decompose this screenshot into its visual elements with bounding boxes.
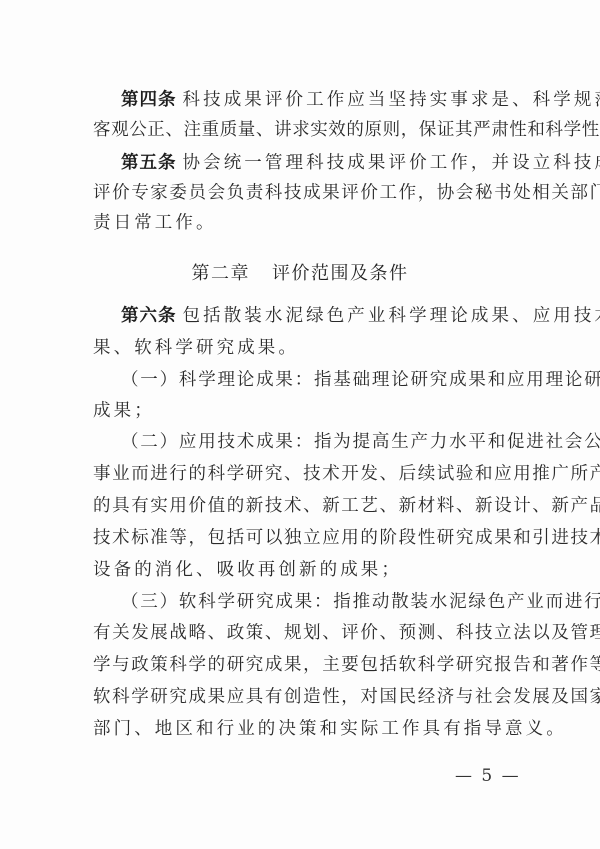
page-number: — 5 — (455, 766, 521, 786)
article-4-label: 第四条 (121, 90, 177, 110)
article-5-label: 第五条 (121, 153, 177, 173)
article-5-line-3: 责日常工作。 (93, 212, 511, 234)
article-4-line-2: 客观公正、注重质量、讲求实效的原则，保证其严肃性和科学性。 (93, 119, 511, 141)
item-2-line-5: 设备的消化、吸收再创新的成果； (93, 559, 511, 581)
article-4-line-1: 第四条科技成果评价工作应当坚持实事求是、科学规范、 (121, 89, 511, 111)
item-2-line-4: 技术标准等，包括可以独立应用的阶段性研究成果和引进技术、 (93, 527, 511, 549)
chapter-number: 第二章 (192, 263, 251, 284)
item-2-line-1: （二）应用技术成果：指为提高生产力水平和促进社会公益 (121, 431, 511, 453)
item-3-line-1: （三）软科学研究成果：指推动散装水泥绿色产业而进行的 (121, 591, 511, 613)
item-1-line-2: 成果； (93, 400, 511, 422)
article-4-text: 科技成果评价工作应当坚持实事求是、科学规范、 (183, 90, 600, 110)
item-2-line-3: 的具有实用价值的新技术、新工艺、新材料、新设计、新产品及 (93, 495, 511, 517)
item-3-line-4: 软科学研究成果应具有创造性，对国民经济与社会发展及国家、 (93, 686, 511, 708)
item-1-line-1: （一）科学理论成果：指基础理论研究成果和应用理论研究 (121, 369, 511, 391)
article-6-label: 第六条 (121, 306, 177, 326)
chapter-title: 评价范围及条件 (272, 263, 409, 284)
article-5-line-1: 第五条协会统一管理科技成果评价工作，并设立科技成果 (121, 152, 511, 174)
item-3-line-3: 学与政策科学的研究成果，主要包括软科学研究报告和著作等。 (93, 654, 511, 676)
item-3-line-2: 有关发展战略、政策、规划、评价、预测、科技立法以及管理科 (93, 622, 511, 644)
chapter-heading: 第二章评价范围及条件 (0, 259, 600, 285)
article-6-line-2: 果、软科学研究成果。 (93, 337, 511, 359)
article-5-text: 协会统一管理科技成果评价工作，并设立科技成果 (183, 153, 600, 173)
item-2-line-2: 事业而进行的科学研究、技术开发、后续试验和应用推广所产生 (93, 463, 511, 485)
article-6-text: 包括散装水泥绿色产业科学理论成果、应用技术成 (183, 306, 600, 326)
article-5-line-2: 评价专家委员会负责科技成果评价工作，协会秘书处相关部门负 (93, 182, 511, 204)
item-3-line-5: 部门、地区和行业的决策和实际工作具有指导意义。 (93, 718, 511, 740)
article-6-line-1: 第六条包括散装水泥绿色产业科学理论成果、应用技术成 (121, 305, 511, 327)
